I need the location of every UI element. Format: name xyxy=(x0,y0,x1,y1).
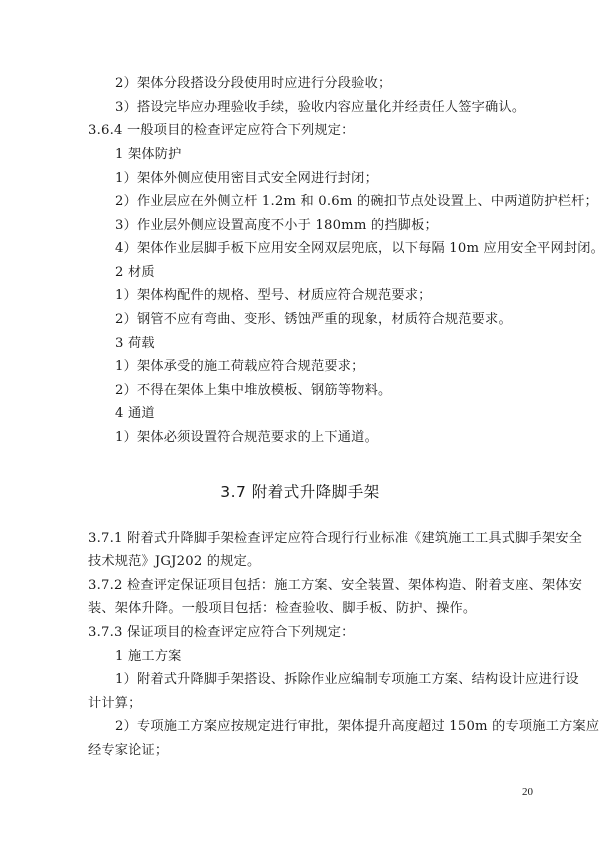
list-item: 3）作业层外侧应设置高度不小于 180mm 的挡脚板； xyxy=(115,218,438,234)
clause-continuation: 装、架体升降。一般项目包括：检查验收、脚手板、防护、操作。 xyxy=(88,601,476,617)
list-item: 4）架体作业层脚手板下应用安全网双层兜底，以下每隔 10m 应用安全平网封闭。 xyxy=(115,241,600,257)
list-item-continuation: 经专家论证； xyxy=(88,743,168,759)
list-item: 2）钢管不应有弯曲、变形、锈蚀严重的现象，材质符合规范要求。 xyxy=(115,312,512,328)
list-item: 1）架体必须设置符合规范要求的上下通道。 xyxy=(115,430,378,446)
list-item: 2）架体分段搭设分段使用时应进行分段验收； xyxy=(115,76,391,92)
subsection-label: 3 荷载 xyxy=(115,336,155,352)
clause-heading: 3.7.2 检查评定保证项目包括：施工方案、安全装置、架体构造、附着支座、架体安 xyxy=(88,578,582,594)
page-number: 20 xyxy=(522,786,533,798)
subsection-label: 4 通道 xyxy=(115,406,155,422)
subsection-label: 2 材质 xyxy=(115,265,155,281)
list-item: 2）专项施工方案应按规定进行审批，架体提升高度超过 150m 的专项施工方案应 xyxy=(115,719,599,735)
list-item: 1）架体构配件的规格、型号、材质应符合规范要求； xyxy=(115,288,432,304)
clause-heading: 3.7.3 保证项目的检查评定应符合下列规定： xyxy=(88,625,355,641)
section-heading: 3.7 附着式升降脚手架 xyxy=(0,482,600,502)
list-item: 2）不得在架体上集中堆放模板、钢筋等物料。 xyxy=(115,383,391,399)
clause-heading: 3.7.1 附着式升降脚手架检查评定应符合现行行业标准《建筑施工工具式脚手架安全 xyxy=(88,531,582,547)
list-item: 3）搭设完毕应办理验收手续，验收内容应量化并经责任人签字确认。 xyxy=(115,100,525,116)
list-item: 2）作业层应在外侧立杆 1.2m 和 0.6m 的碗扣节点处设置上、中两道防护栏… xyxy=(115,194,598,210)
list-item-continuation: 计计算； xyxy=(88,696,142,712)
document-page: 2）架体分段搭设分段使用时应进行分段验收； 3）搭设完毕应办理验收手续，验收内容… xyxy=(0,0,600,848)
subsection-label: 1 施工方案 xyxy=(115,649,182,665)
list-item: 1）架体承受的施工荷载应符合规范要求； xyxy=(115,359,365,375)
list-item: 1）附着式升降脚手架搭设、拆除作业应编制专项施工方案、结构设计应进行设 xyxy=(115,672,579,688)
clause-heading: 3.6.4 一般项目的检查评定应符合下列规定： xyxy=(88,123,355,139)
clause-continuation: 技术规范》JGJ202 的规定。 xyxy=(88,554,260,570)
list-item: 1）架体外侧应使用密目式安全网进行封闭； xyxy=(115,171,378,187)
subsection-label: 1 架体防护 xyxy=(115,147,182,163)
